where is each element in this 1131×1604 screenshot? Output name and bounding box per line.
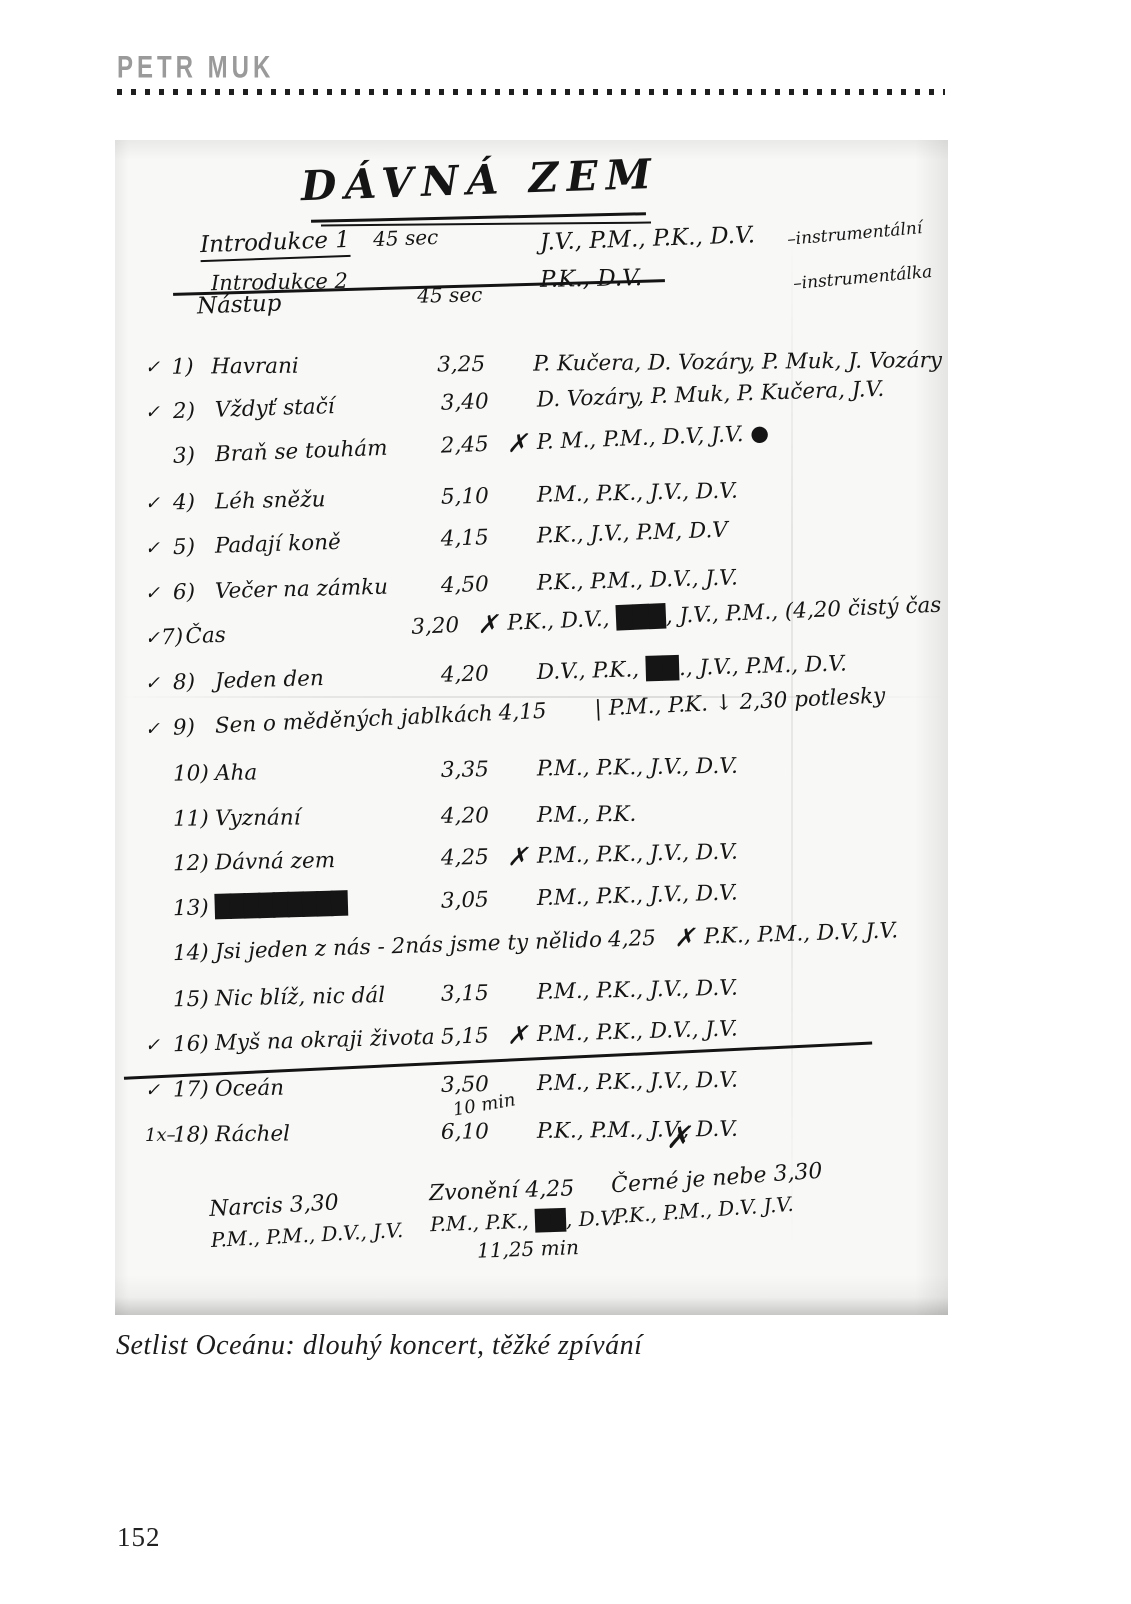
setlist-scan: DÁVNÁ ZEM Introdukce 1 45 sec J.V., P.M.…: [115, 140, 948, 1315]
encore-performers: P.M., P.M., D.V., J.V.: [210, 1218, 403, 1252]
dotted-divider: [117, 89, 945, 95]
encore-duration: 4,25: [525, 1176, 575, 1203]
page-number: 152: [117, 1522, 161, 1553]
encore-title: Černé je nebe: [610, 1163, 767, 1199]
encore-item: ✗ Zvonění 4,25 P.M., P.K., ██, D.V. 11,2…: [429, 1175, 619, 1264]
encore-total: 11,25 min: [477, 1234, 619, 1263]
photo-caption: Setlist Oceánu: dlouhý koncert, těžké zp…: [116, 1330, 642, 1362]
x-mark: ✗: [665, 1120, 691, 1156]
encore-group: Narcis 3,30 P.M., P.M., D.V., J.V. ✗ Zvo…: [115, 140, 948, 1315]
encore-title: Zvonění: [429, 1178, 519, 1206]
encore-title-line: Zvonění 4,25: [429, 1175, 617, 1207]
encore-item: Narcis 3,30 P.M., P.M., D.V., J.V.: [209, 1187, 404, 1252]
book-page: PETR MUK DÁVNÁ ZEM Introdukce 1 45 sec J…: [0, 0, 1131, 1604]
encore-performers: P.M., P.K., ██, D.V.: [430, 1206, 618, 1237]
encore-title: Narcis: [209, 1193, 284, 1222]
running-header: PETR MUK: [117, 50, 274, 86]
encore-item: Černé je nebe 3,30 P.K., P.M., D.V. J.V.: [610, 1159, 825, 1229]
encore-duration: 3,30: [289, 1190, 339, 1218]
encore-title-line: Narcis 3,30: [209, 1187, 402, 1222]
encore-duration: 3,30: [773, 1159, 824, 1187]
